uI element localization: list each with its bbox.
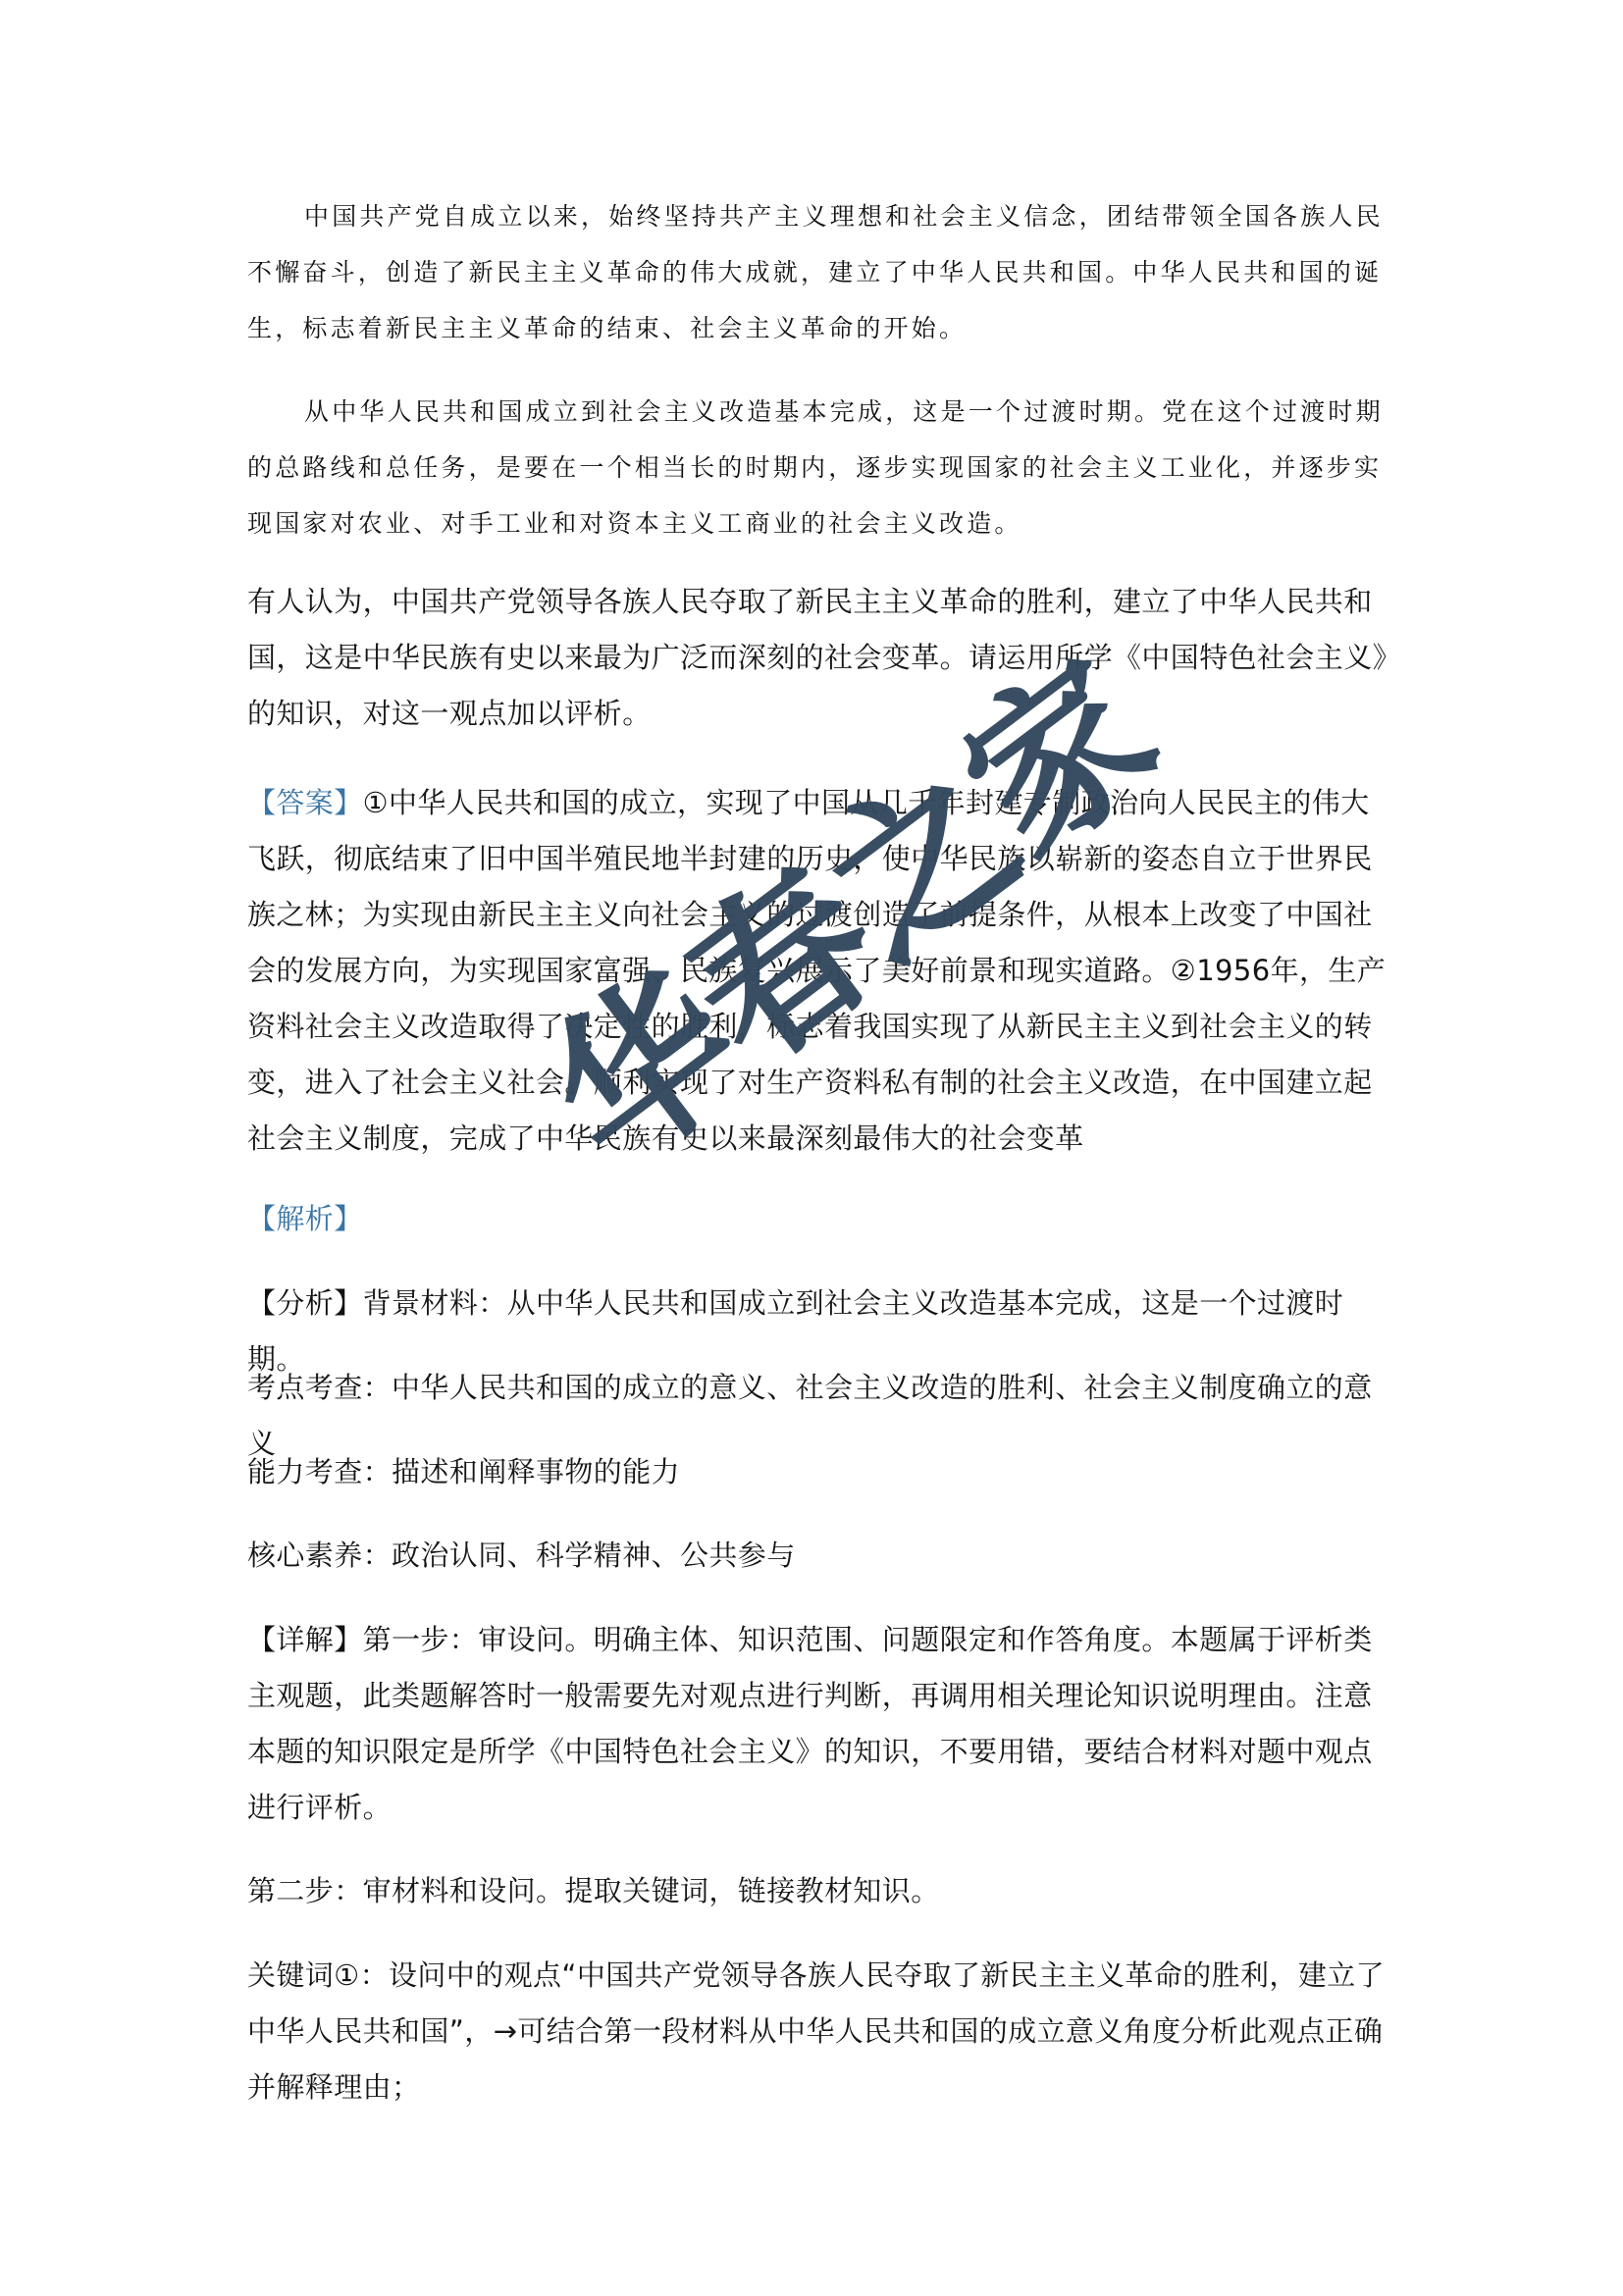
material-text-1: 中国共产党自成立以来，始终坚持共产主义理想和社会主义信念，团结带领全国各族人民不…	[247, 188, 1386, 356]
step-two-text: 第二步：审材料和设问。提取关键词，链接教材知识。	[247, 1863, 1387, 1919]
detailed-explanation-label: 【详解】	[247, 1623, 363, 1656]
detailed-explanation-block: 【详解】第一步：审设问。明确主体、知识范围、问题限定和作答角度。本题属于评析类主…	[247, 1612, 1387, 1836]
keyword-one-text: 关键词①：设问中的观点“中国共产党领导各族人民夺取了新民主主义革命的胜利，建立了…	[247, 1948, 1387, 2115]
ability-line: 能力考查：描述和阐释事物的能力	[247, 1444, 1387, 1500]
document-page: 中国共产党自成立以来，始终坚持共产主义理想和社会主义信念，团结带领全国各族人民不…	[0, 0, 1623, 2296]
core-literacy-text: 核心素养：政治认同、科学精神、公共参与	[247, 1528, 1387, 1584]
question-text: 有人认为，中国共产党领导各族人民夺取了新民主主义革命的胜利，建立了中华人民共和国…	[247, 574, 1387, 742]
explanation-heading: 【解析】	[247, 1191, 1387, 1247]
core-literacy-line: 核心素养：政治认同、科学精神、公共参与	[247, 1528, 1387, 1584]
explanation-label: 【解析】	[247, 1202, 363, 1235]
step-two-line: 第二步：审材料和设问。提取关键词，链接教材知识。	[247, 1863, 1387, 1919]
analysis-label: 【分析】	[247, 1286, 363, 1320]
material-text-2: 从中华人民共和国成立到社会主义改造基本完成，这是一个过渡时期。党在这个过渡时期的…	[247, 384, 1386, 551]
answer-block: 【答案】①中华人民共和国的成立，实现了中国从几千年封建专制政治向人民民主的伟大飞…	[247, 775, 1387, 1167]
answer-label: 【答案】	[247, 786, 363, 819]
material-paragraph-1: 中国共产党自成立以来，始终坚持共产主义理想和社会主义信念，团结带领全国各族人民不…	[247, 188, 1386, 356]
ability-text: 能力考查：描述和阐释事物的能力	[247, 1444, 1387, 1500]
detailed-explanation-text: 第一步：审设问。明确主体、知识范围、问题限定和作答角度。本题属于评析类主观题，此…	[247, 1623, 1373, 1824]
keyword-one-block: 关键词①：设问中的观点“中国共产党领导各族人民夺取了新民主主义革命的胜利，建立了…	[247, 1948, 1387, 2115]
answer-text: ①中华人民共和国的成立，实现了中国从几千年封建专制政治向人民民主的伟大飞跃，彻底…	[247, 786, 1386, 1155]
question-block: 有人认为，中国共产党领导各族人民夺取了新民主主义革命的胜利，建立了中华人民共和国…	[247, 574, 1387, 742]
material-paragraph-2: 从中华人民共和国成立到社会主义改造基本完成，这是一个过渡时期。党在这个过渡时期的…	[247, 384, 1386, 551]
